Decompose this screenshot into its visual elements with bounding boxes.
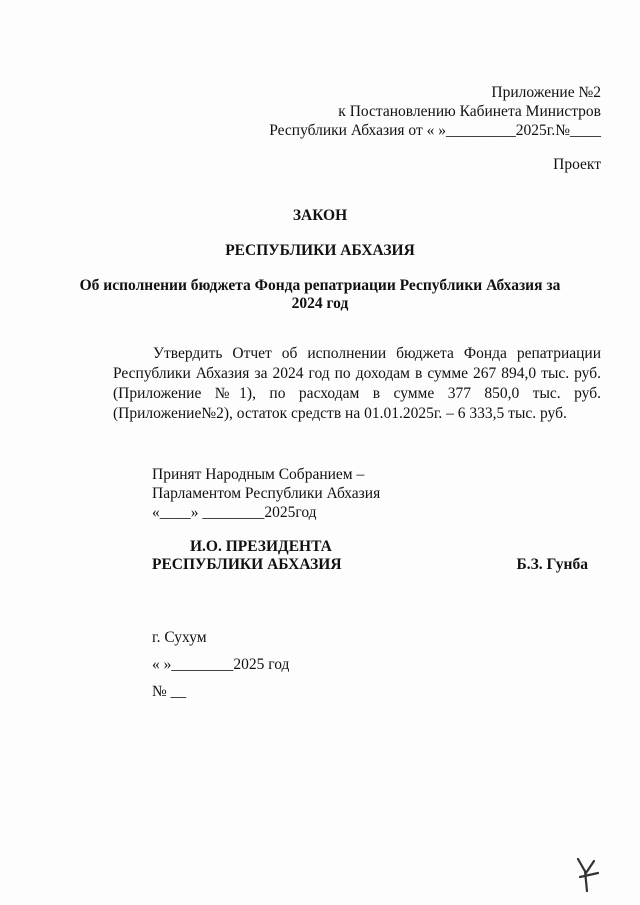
appendix-number: Приложение №2 [491,84,601,102]
main-paragraph-text: Утвердить Отчет об исполнении бюджета Фо… [113,345,601,422]
appendix-reference: к Постановлению Кабинета Министров [338,103,601,121]
adoption-date: «____» ________2025год [152,504,317,522]
signatory-title-line2: РЕСПУБЛИКИ АБХАЗИЯ [152,556,342,574]
signatory-name: Б.З. Гунба [516,556,588,574]
footer-number: № __ [152,683,186,701]
city: г. Сухум [152,629,207,647]
law-subject-line1: Об исполнении бюджета Фонда репатриации … [0,277,640,295]
main-paragraph: Утвердить Отчет об исполнении бюджета Фо… [113,344,601,424]
adoption-line1: Принят Народным Собранием – [152,466,364,484]
law-subject-line2: 2024 год [0,295,640,313]
footer-date: « »________2025 год [152,656,289,674]
appendix-date-line: Республики Абхазия от « »_________2025г.… [269,122,601,140]
adoption-line2: Парламентом Республики Абхазия [152,485,380,503]
republic-title: РЕСПУБЛИКИ АБХАЗИЯ [0,242,640,260]
signatory-title-line1: И.О. ПРЕЗИДЕНТА [190,538,332,556]
law-title: ЗАКОН [0,207,640,225]
handwritten-page-number-icon [574,855,604,895]
draft-label: Проект [553,156,601,174]
